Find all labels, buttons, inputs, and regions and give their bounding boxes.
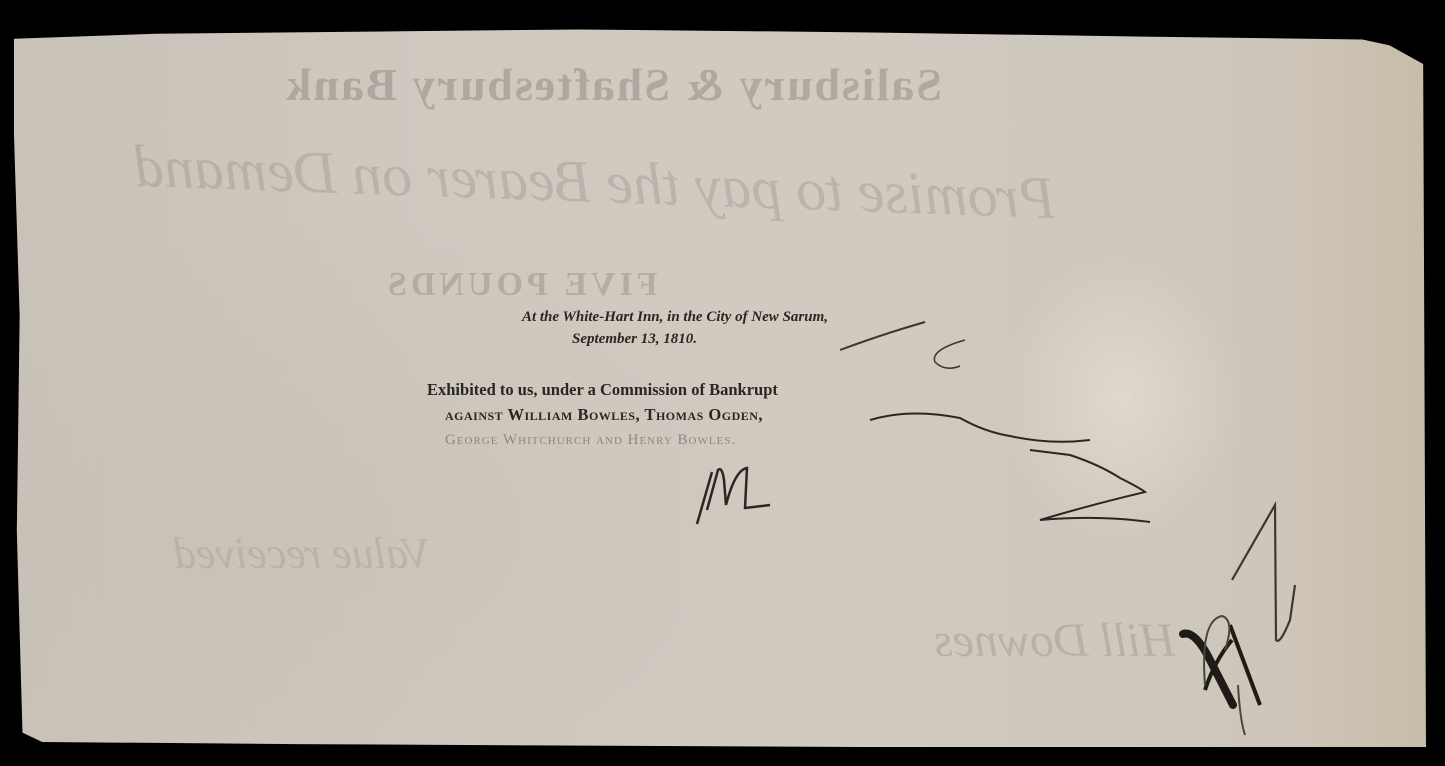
- x-mark-cross: [1205, 625, 1260, 705]
- x-mark: [1183, 634, 1233, 705]
- initials-w-icon: [697, 468, 770, 524]
- handwritten-ink-marks: [0, 0, 1445, 766]
- ink-hook-stroke: [934, 340, 965, 368]
- ink-underline-stroke: [840, 322, 925, 350]
- numeral-one-mark: [1232, 505, 1295, 641]
- signature-scrawl: [870, 413, 1150, 522]
